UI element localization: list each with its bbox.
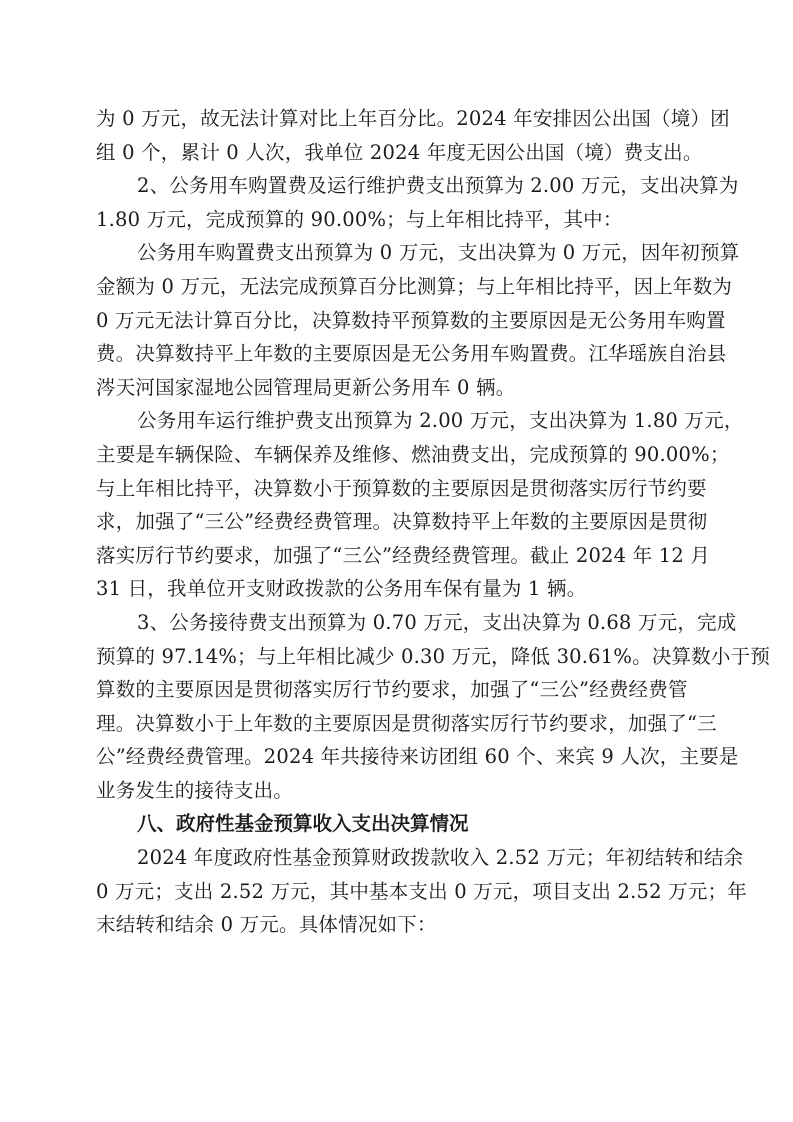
text-line: 公务用车运行维护费支出预算为 2.00 万元，支出决算为 1.80 万元，: [96, 404, 701, 438]
paragraph-outbound-continuation: 为 0 万元，故无法计算对比上年百分比。2024 年安排因公出国（境）团 组 0…: [96, 102, 701, 169]
text-line: 31 日，我单位开支财政拨款的公务用车保有量为 1 辆。: [96, 572, 701, 606]
text-line: 0 万元无法计算百分比，决算数持平预算数的主要原因是无公务用车购置: [96, 304, 701, 338]
text-line: 预算的 97.14%；与上年相比减少 0.30 万元，降低 30.61%。决算数…: [96, 640, 701, 674]
paragraph-gov-fund: 2024 年度政府性基金预算财政拨款收入 2.52 万元；年初结转和结余 0 万…: [96, 841, 701, 942]
text-line: 为 0 万元，故无法计算对比上年百分比。2024 年安排因公出国（境）团: [96, 102, 701, 136]
paragraph-reception: 3、公务接待费支出预算为 0.70 万元，支出决算为 0.68 万元，完成 预算…: [96, 606, 701, 808]
text-line: 金额为 0 万元，无法完成预算百分比测算；与上年相比持平，因上年数为: [96, 270, 701, 304]
document-page: 为 0 万元，故无法计算对比上年百分比。2024 年安排因公出国（境）团 组 0…: [96, 102, 701, 942]
text-line: 费。决算数持平上年数的主要原因是无公务用车购置费。江华瑶族自治县: [96, 337, 701, 371]
text-line: 公”经费经费管理。2024 年共接待来访团组 60 个、来宾 9 人次，主要是: [96, 740, 701, 774]
text-line: 求，加强了“三公”经费经费管理。决算数持平上年数的主要原因是贯彻: [96, 505, 701, 539]
text-line: 0 万元；支出 2.52 万元，其中基本支出 0 万元，项目支出 2.52 万元…: [96, 875, 701, 909]
text-line: 2、公务用车购置费及运行维护费支出预算为 2.00 万元，支出决算为: [96, 169, 701, 203]
section-heading: 八、政府性基金预算收入支出决算情况: [96, 807, 701, 841]
text-line: 2024 年度政府性基金预算财政拨款收入 2.52 万元；年初结转和结余: [96, 841, 701, 875]
text-line: 理。决算数小于上年数的主要原因是贯彻落实厉行节约要求，加强了“三: [96, 707, 701, 741]
text-line: 组 0 个，累计 0 人次，我单位 2024 年度无因公出国（境）费支出。: [96, 136, 701, 170]
text-line: 算数的主要原因是贯彻落实厉行节约要求，加强了“三公”经费经费管: [96, 673, 701, 707]
text-line: 末结转和结余 0 万元。具体情况如下：: [96, 908, 701, 942]
paragraph-vehicle-total: 2、公务用车购置费及运行维护费支出预算为 2.00 万元，支出决算为 1.80 …: [96, 169, 701, 236]
text-line: 公务用车购置费支出预算为 0 万元，支出决算为 0 万元，因年初预算: [96, 236, 701, 270]
text-line: 3、公务接待费支出预算为 0.70 万元，支出决算为 0.68 万元，完成: [96, 606, 701, 640]
text-line: 与上年相比持平，决算数小于预算数的主要原因是贯彻落实厉行节约要: [96, 472, 701, 506]
text-line: 涔天河国家湿地公园管理局更新公务用车 0 辆。: [96, 371, 701, 405]
text-line: 落实厉行节约要求，加强了“三公”经费经费管理。截止 2024 年 12 月: [96, 539, 701, 573]
text-line: 1.80 万元，完成预算的 90.00%；与上年相比持平，其中：: [96, 203, 701, 237]
paragraph-vehicle-purchase: 公务用车购置费支出预算为 0 万元，支出决算为 0 万元，因年初预算 金额为 0…: [96, 236, 701, 404]
text-line: 主要是车辆保险、车辆保养及维修、燃油费支出，完成预算的 90.00%；: [96, 438, 701, 472]
text-line: 业务发生的接待支出。: [96, 774, 701, 808]
paragraph-vehicle-operation: 公务用车运行维护费支出预算为 2.00 万元，支出决算为 1.80 万元， 主要…: [96, 404, 701, 606]
